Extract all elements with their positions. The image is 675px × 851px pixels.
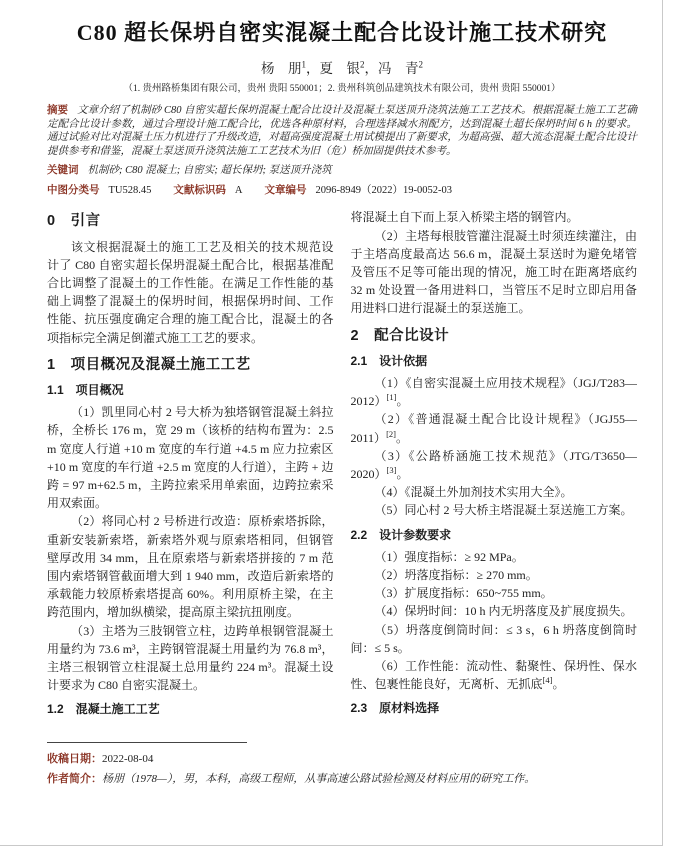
parameter-tail: 。 (552, 677, 564, 691)
continuation-paragraph: 将混凝土自下而上泵入桥梁主塔的钢管内。 (351, 208, 638, 226)
article-id-value: 2096-8949（2022）19-0052-03 (315, 185, 456, 196)
reference-sup: [1] (387, 392, 397, 402)
intro-paragraph: 该文根据混凝土的施工工艺及相关的技术规范设计了 C80 自密实超长保坍混凝土配合… (47, 238, 334, 347)
reference-item: （5）同心村 2 号大桥主塔混凝土泵送施工方案。 (351, 501, 638, 519)
abstract-label: 摘要 (47, 105, 77, 116)
parameter-item: （2）坍落度指标：≥ 270 mm。 (351, 566, 638, 584)
body-columns: 0 引言 该文根据混凝土的施工工艺及相关的技术规范设计了 C80 自密实超长保坍… (47, 208, 637, 716)
author-bio-label: 作者简介： (47, 773, 102, 785)
reference-tail: 。 (621, 503, 633, 517)
parameter-text: （6）工作性能：流动性、黏聚性、保坍性、保水性、包裹性能良好，无离析、无抓底 (351, 659, 638, 691)
keywords-text: 机制砂; C80 混凝土; 自密实; 超长保坍; 泵送顶升浇筑 (88, 165, 332, 176)
reference-sup: [2] (386, 429, 396, 439)
section-1-1-heading: 1.1 项目概况 (47, 381, 334, 399)
keywords-block: 关键词机制砂; C80 混凝土; 自密实; 超长保坍; 泵送顶升浇筑 (47, 163, 637, 178)
section-1-1-paragraph-2: （2）将同心村 2 号桥进行改造：原桥索塔拆除，重新安装新索塔，新索塔外观与原索… (47, 512, 334, 621)
parameter-item: （6）工作性能：流动性、黏聚性、保坍性、保水性、包裹性能良好，无离析、无抓底[4… (351, 657, 638, 693)
page-content: C80 超长保坍自密实混凝土配合比设计施工技术研究 杨 朋1，夏 银2，冯 青2… (0, 0, 662, 716)
author-bio-text: 杨朋（1978—），男，本科，高级工程师，从事高速公路试验检测及材料应用的研究工… (102, 773, 535, 785)
left-column: 0 引言 该文根据混凝土的施工工艺及相关的技术规范设计了 C80 自密实超长保坍… (47, 208, 334, 716)
author-sep-2: ， (365, 61, 379, 76)
reference-item: （3）《公路桥涵施工技术规范》（JTG/T3650—2020）[3]。 (351, 447, 638, 483)
parameter-item: （5）坍落度倒筒时间：≤ 3 s，6 h 坍落度倒筒时间：≤ 5 s。 (351, 621, 638, 657)
footnote-divider (47, 742, 247, 743)
right-column: 将混凝土自下而上泵入桥梁主塔的钢管内。 （2）主塔每根肢管灌注混凝土时须连续灌注… (351, 208, 638, 716)
article-id-label: 文章编号 (264, 185, 315, 196)
received-date-line: 收稿日期：2022-08-04 (47, 750, 632, 770)
paper-page: C80 超长保坍自密实混凝土配合比设计施工技术研究 杨 朋1，夏 银2，冯 青2… (0, 0, 663, 846)
received-date-value: 2022-08-04 (102, 753, 153, 765)
reference-sup: [3] (387, 465, 397, 475)
affiliation-line: （1. 贵州路桥集团有限公司，贵州 贵阳 550001；2. 贵州科筑创品建筑技… (47, 80, 637, 94)
author-3-name: 冯 青 (378, 61, 419, 76)
reference-tail: 。 (396, 394, 408, 408)
section-0-heading: 0 引言 (47, 212, 334, 230)
parameter-text: （2）坍落度指标：≥ 270 mm。 (375, 568, 538, 582)
clc-label: 中图分类号 (47, 185, 109, 196)
author-2-name: 夏 银 (320, 61, 361, 76)
abstract-text: 文章介绍了机制砂 C80 自密实超长保坍混凝土配合比设计及混凝土泵送顶升浇筑法施… (47, 105, 637, 157)
author-bio-line: 作者简介：杨朋（1978—），男，本科，高级工程师，从事高速公路试验检测及材料应… (47, 770, 632, 790)
section-1-1-paragraph-3: （3）主塔为三肢钢管立柱，边跨单根钢管混凝土用量约为 73.6 m³，主跨钢管混… (47, 622, 334, 695)
reference-text: （4）《混凝土外加剂技术实用大全》 (375, 485, 561, 499)
section-1-2-heading: 1.2 混凝土施工工艺 (47, 700, 334, 716)
doc-code-label: 文献标识码 (173, 185, 235, 196)
section-2-heading: 2 配合比设计 (351, 327, 638, 345)
paper-title: C80 超长保坍自密实混凝土配合比设计施工技术研究 (47, 16, 637, 47)
keywords-label: 关键词 (47, 165, 88, 176)
parameter-text: （4）保坍时间：10 h 内无坍落度及扩展度损失。 (375, 604, 633, 618)
parameter-text: （1）强度指标：≥ 92 MPa。 (375, 550, 524, 564)
parameter-item: （1）强度指标：≥ 92 MPa。 (351, 548, 638, 566)
received-date-label: 收稿日期： (47, 753, 102, 765)
reference-tail: 。 (396, 431, 408, 445)
doc-code-value: A (235, 185, 247, 196)
parameter-text: （5）坍落度倒筒时间：≤ 3 s，6 h 坍落度倒筒时间：≤ 5 s。 (351, 623, 638, 655)
parameter-text: （3）扩展度指标：650~755 mm。 (375, 586, 553, 600)
reference-item: （2）《普通混凝土配合比设计规程》（JGJ55—2011）[2]。 (351, 410, 638, 446)
section-2-3-heading: 2.3 原材料选择 (351, 699, 638, 716)
parameter-item: （3）扩展度指标：650~755 mm。 (351, 584, 638, 602)
author-1-name: 杨 朋 (261, 61, 302, 76)
clc-value: TU528.45 (109, 185, 156, 196)
parameter-sup: [4] (543, 675, 553, 685)
section-2-1-heading: 2.1 设计依据 (351, 352, 638, 370)
author-sep-1: ， (306, 61, 320, 76)
abstract-block: 摘要文章介绍了机制砂 C80 自密实超长保坍混凝土配合比设计及混凝土泵送顶升浇筑… (47, 104, 637, 158)
author-3-sup: 2 (419, 60, 424, 70)
reference-item: （1）《自密实混凝土应用技术规程》（JGJ/T283—2012）[1]。 (351, 374, 638, 410)
reference-tail: 。 (396, 467, 408, 481)
footnote-block: 收稿日期：2022-08-04 作者简介：杨朋（1978—），男，本科，高级工程… (47, 742, 632, 789)
section-1-1-paragraph-1: （1）凯里同心村 2 号大桥为独塔钢管混凝土斜拉桥，全桥长 176 m，宽 29… (47, 403, 334, 512)
parameter-item: （4）保坍时间：10 h 内无坍落度及扩展度损失。 (351, 602, 638, 620)
classification-block: 中图分类号TU528.45文献标识码A文章编号2096-8949（2022）19… (47, 183, 637, 198)
reference-tail: 。 (561, 485, 573, 499)
section-1-heading: 1 项目概况及混凝土施工工艺 (47, 356, 334, 374)
reference-item: （4）《混凝土外加剂技术实用大全》。 (351, 483, 638, 501)
reference-text: （5）同心村 2 号大桥主塔混凝土泵送施工方案 (375, 503, 621, 517)
section-2-2-heading: 2.2 设计参数要求 (351, 526, 638, 544)
author-line: 杨 朋1，夏 银2，冯 青2 (47, 57, 637, 77)
section-1-2-paragraph-2: （2）主塔每根肢管灌注混凝土时须连续灌注，由于主塔高度最高达 56.6 m，混凝… (351, 227, 638, 318)
